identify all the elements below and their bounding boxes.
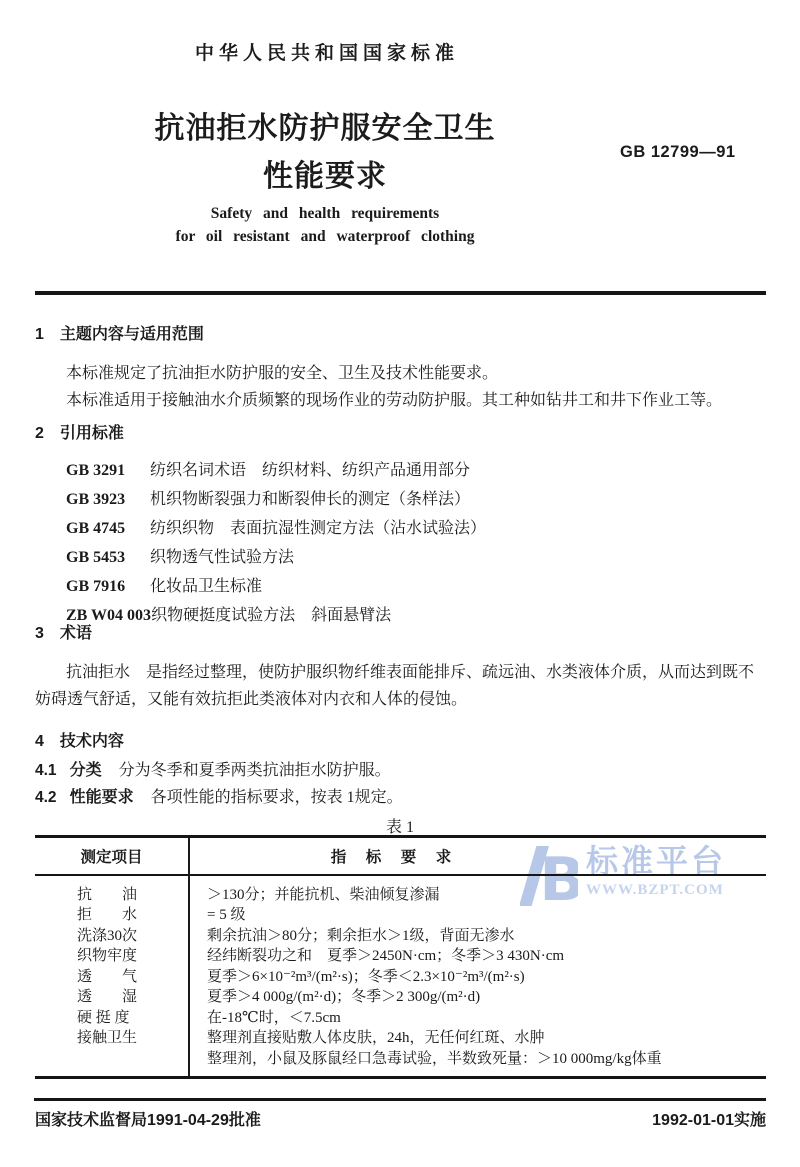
test-item-cell: 抗 油 — [35, 883, 188, 904]
national-standard-label: 中华人民共和国国家标准 — [0, 38, 654, 65]
table-row: 抗 油＞130分；并能抗机、柴油倾复渗漏 — [35, 883, 766, 904]
requirements-table: 测定项目 指 标 要 求 抗 油＞130分；并能抗机、柴油倾复渗漏 拒 水= 5… — [35, 835, 766, 1079]
clause-term: 分类 — [70, 762, 102, 779]
reference-item: GB 4745纺织织物 表面抗湿性测定方法（沾水试验法） — [66, 514, 486, 543]
section-number: 2 — [35, 425, 44, 442]
reference-list: GB 3291纺织名词术语 纺织材料、纺织产品通用部分 GB 3923机织物断裂… — [66, 456, 486, 630]
footer-rule — [34, 1098, 766, 1101]
clause-4-2: 4.2性能要求各项性能的指标要求，按表 1规定。 — [35, 784, 403, 807]
document-page: 中华人民共和国国家标准 抗油拒水防护服安全卫生 性能要求 GB 12799—91… — [0, 0, 800, 1167]
test-item-cell: 织物牢度 — [35, 944, 188, 965]
table-row: 透 湿夏季＞4 000g/(m²·d)；冬季＞2 300g/(m²·d) — [35, 986, 766, 1007]
table-row: 透 气夏季＞6×10⁻²m³/(m²·s)；冬季＜2.3×10⁻²m³/(m²·… — [35, 965, 766, 986]
requirement-cell: ＞130分；并能抗机、柴油倾复渗漏 — [188, 883, 766, 904]
section-2-heading: 2引用标准 — [35, 420, 124, 443]
table-column-divider — [188, 838, 190, 1076]
table-caption: 表 1 — [100, 814, 700, 837]
section-number: 4 — [35, 733, 44, 750]
requirement-cell: 剩余抗油＞80分；剩余拒水＞1级，背面无渗水 — [188, 924, 766, 945]
table-row: 整理剂，小鼠及豚鼠经口急毒试验，半数致死量：＞10 000mg/kg体重 — [35, 1047, 766, 1068]
requirement-cell: 整理剂，小鼠及豚鼠经口急毒试验，半数致死量：＞10 000mg/kg体重 — [188, 1047, 766, 1068]
test-item-cell: 拒 水 — [35, 903, 188, 924]
section-4-heading: 4技术内容 — [35, 728, 124, 751]
reference-code: GB 7916 — [66, 572, 150, 601]
approval-note: 国家技术监督局1991-04-29批准 — [35, 1107, 261, 1130]
requirement-cell: = 5 级 — [188, 903, 766, 924]
document-title-line1: 抗油拒水防护服安全卫生 — [0, 103, 650, 147]
reference-title: 化妆品卫生标准 — [150, 578, 262, 595]
requirement-cell: 夏季＞6×10⁻²m³/(m²·s)；冬季＜2.3×10⁻²m³/(m²·s) — [188, 965, 766, 986]
section-3-paragraph-line1: 抗油拒水 是指经过整理，使防护服织物纤维表面能排斥、疏远油、水类液体介质，从而达… — [66, 659, 754, 682]
document-title-line2: 性能要求 — [0, 151, 650, 195]
reference-item: GB 3923机织物断裂强力和断裂伸长的测定（条样法） — [66, 485, 486, 514]
table-row: 拒 水= 5 级 — [35, 904, 766, 925]
section-1-paragraph-1: 本标准规定了抗油拒水防护服的安全、卫生及技术性能要求。 — [66, 360, 498, 383]
table-row: 织物牢度经纬断裂功之和 夏季＞2450N·cm；冬季＞3 430N·cm — [35, 945, 766, 966]
section-heading-text: 技术内容 — [60, 733, 124, 750]
reference-code: GB 3923 — [66, 485, 150, 514]
table-row: 洗涤30次剩余抗油＞80分；剩余拒水＞1级，背面无渗水 — [35, 924, 766, 945]
test-item-cell: 洗涤30次 — [35, 924, 188, 945]
reference-item: GB 3291纺织名词术语 纺织材料、纺织产品通用部分 — [66, 456, 486, 485]
reference-item: GB 7916化妆品卫生标准 — [66, 572, 486, 601]
section-1-heading: 1主题内容与适用范围 — [35, 321, 204, 344]
standard-number: GB 12799—91 — [620, 143, 736, 162]
reference-title: 织物硬挺度试验方法 斜面悬臂法 — [151, 607, 391, 624]
requirement-cell: 在-18℃时，＜7.5cm — [188, 1006, 766, 1027]
clause-number: 4.1 — [35, 762, 57, 779]
reference-item: ZB W04 003织物硬挺度试验方法 斜面悬臂法 — [66, 601, 486, 630]
english-title-line2: for oil resistant and waterproof clothin… — [0, 228, 650, 246]
reference-title: 织物透气性试验方法 — [150, 549, 294, 566]
column-header-requirement: 指 标 要 求 — [188, 845, 766, 867]
reference-title: 纺织名词术语 纺织材料、纺织产品通用部分 — [150, 462, 470, 479]
requirement-cell: 整理剂直接贴敷人体皮肤，24h，无任何红斑、水肿 — [188, 1026, 766, 1047]
table-header-row: 测定项目 指 标 要 求 — [35, 838, 766, 876]
clause-number: 4.2 — [35, 789, 57, 806]
section-heading-text: 主题内容与适用范围 — [60, 326, 204, 343]
reference-item: GB 5453织物透气性试验方法 — [66, 543, 486, 572]
clause-term: 性能要求 — [70, 789, 134, 806]
section-number: 3 — [35, 625, 44, 642]
section-1-paragraph-2: 本标准适用于接触油水介质频繁的现场作业的劳动防护服。其工种如钻井工和井下作业工等… — [66, 387, 722, 410]
column-header-item: 测定项目 — [35, 845, 188, 867]
clause-text: 各项性能的指标要求，按表 1规定。 — [151, 789, 403, 806]
test-item-cell: 透 湿 — [35, 985, 188, 1006]
english-title-line1: Safety and health requirements — [0, 205, 650, 223]
table-body: 抗 油＞130分；并能抗机、柴油倾复渗漏 拒 水= 5 级 洗涤30次剩余抗油＞… — [35, 876, 766, 1076]
requirement-cell: 夏季＞4 000g/(m²·d)；冬季＞2 300g/(m²·d) — [188, 985, 766, 1006]
test-item-cell: 硬 挺 度 — [35, 1006, 188, 1027]
header-rule — [35, 291, 766, 295]
clause-4-1: 4.1分类分为冬季和夏季两类抗油拒水防护服。 — [35, 757, 391, 780]
reference-code: GB 3291 — [66, 456, 150, 485]
clause-text: 分为冬季和夏季两类抗油拒水防护服。 — [119, 762, 391, 779]
section-heading-text: 引用标准 — [60, 425, 124, 442]
table-row: 接触卫生整理剂直接贴敷人体皮肤，24h，无任何红斑、水肿 — [35, 1027, 766, 1048]
reference-title: 纺织织物 表面抗湿性测定方法（沾水试验法） — [150, 520, 486, 537]
section-3-heading: 3术语 — [35, 620, 92, 643]
reference-code: GB 5453 — [66, 543, 150, 572]
test-item-cell: 接触卫生 — [35, 1026, 188, 1047]
section-heading-text: 术语 — [60, 625, 92, 642]
section-number: 1 — [35, 326, 44, 343]
table-row: 硬 挺 度在-18℃时，＜7.5cm — [35, 1006, 766, 1027]
reference-title: 机织物断裂强力和断裂伸长的测定（条样法） — [150, 491, 470, 508]
requirement-cell: 经纬断裂功之和 夏季＞2450N·cm；冬季＞3 430N·cm — [188, 944, 766, 965]
section-3-paragraph-line2: 妨碍透气舒适，又能有效抗拒此类液体对内衣和人体的侵蚀。 — [35, 686, 467, 709]
test-item-cell: 透 气 — [35, 965, 188, 986]
implementation-note: 1992-01-01实施 — [652, 1107, 766, 1130]
reference-code: GB 4745 — [66, 514, 150, 543]
